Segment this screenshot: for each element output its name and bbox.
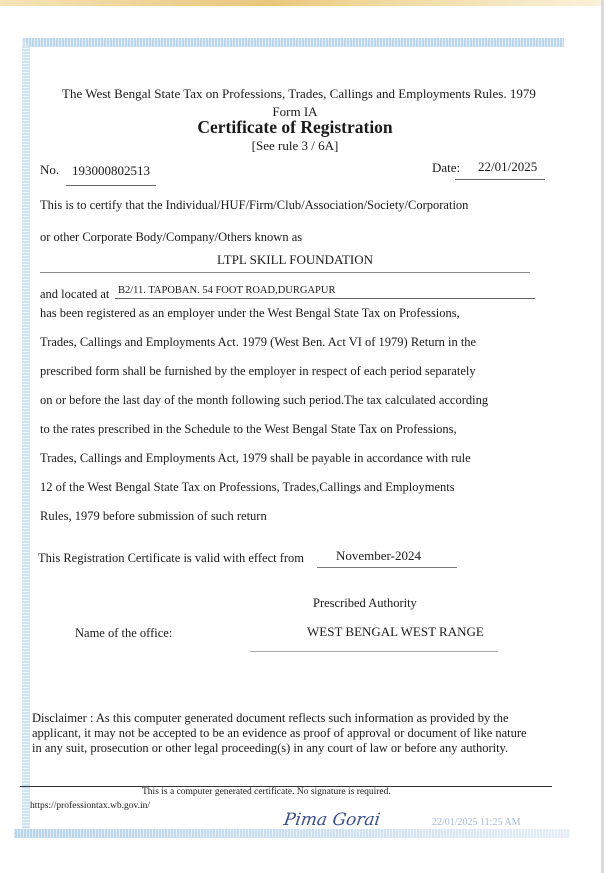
date-label: Date:	[432, 160, 460, 176]
body-line: has been registered as an employer under…	[40, 306, 460, 321]
certificate-date: 22/01/2025	[478, 159, 537, 175]
paper-edge	[0, 0, 604, 6]
entity-underline	[40, 272, 530, 273]
body-line: Rules, 1979 before submission of such re…	[40, 509, 267, 524]
certify-line-1: This is to certify that the Individual/H…	[40, 198, 468, 213]
body-line: to the rates prescribed in the Schedule …	[40, 422, 457, 437]
validity-label: This Registration Certificate is valid w…	[38, 551, 304, 566]
office-value: WEST BENGAL WEST RANGE	[307, 624, 484, 640]
validity-underline	[317, 567, 457, 568]
computer-generated-note: This is a computer generated certificate…	[142, 787, 391, 797]
body-line: Trades, Callings and Employments Act. 19…	[40, 335, 476, 350]
rule-reference: [See rule 3 / 6A]	[0, 138, 590, 154]
office-label: Name of the office:	[75, 626, 172, 641]
address-value: B2/11. TAPOBAN. 54 FOOT ROAD,DURGAPUR	[118, 285, 335, 296]
entity-name: LTPL SKILL FOUNDATION	[0, 252, 590, 268]
number-underline	[66, 185, 156, 186]
certificate-number: 193000802513	[72, 163, 150, 179]
number-label: No.	[40, 162, 59, 178]
body-line: prescribed form shall be furnished by th…	[40, 364, 476, 379]
handwritten-signature: Pima Gorai	[283, 810, 382, 830]
website-link[interactable]: https://professiontax.wb.gov.in/	[30, 801, 150, 811]
print-timestamp: 22/01/2025 11:25 AM	[432, 817, 521, 828]
office-underline	[250, 651, 498, 652]
date-underline	[455, 179, 545, 180]
body-line: Trades, Callings and Employments Act, 19…	[40, 451, 471, 466]
certificate-title: Certificate of Registration	[0, 117, 590, 138]
rules-heading: The West Bengal State Tax on Professions…	[62, 86, 536, 102]
body-line: on or before the last day of the month f…	[40, 393, 488, 408]
body-line: 12 of the West Bengal State Tax on Profe…	[40, 480, 455, 495]
address-label: and located at	[40, 287, 109, 302]
certify-line-2: or other Corporate Body/Company/Others k…	[40, 230, 302, 245]
certificate-bottom-border	[14, 829, 570, 838]
address-underline	[115, 298, 535, 299]
prescribed-authority-label: Prescribed Authority	[313, 596, 417, 611]
validity-value: November-2024	[336, 548, 421, 564]
disclaimer-text: Disclaimer : As this computer generated …	[32, 711, 532, 756]
